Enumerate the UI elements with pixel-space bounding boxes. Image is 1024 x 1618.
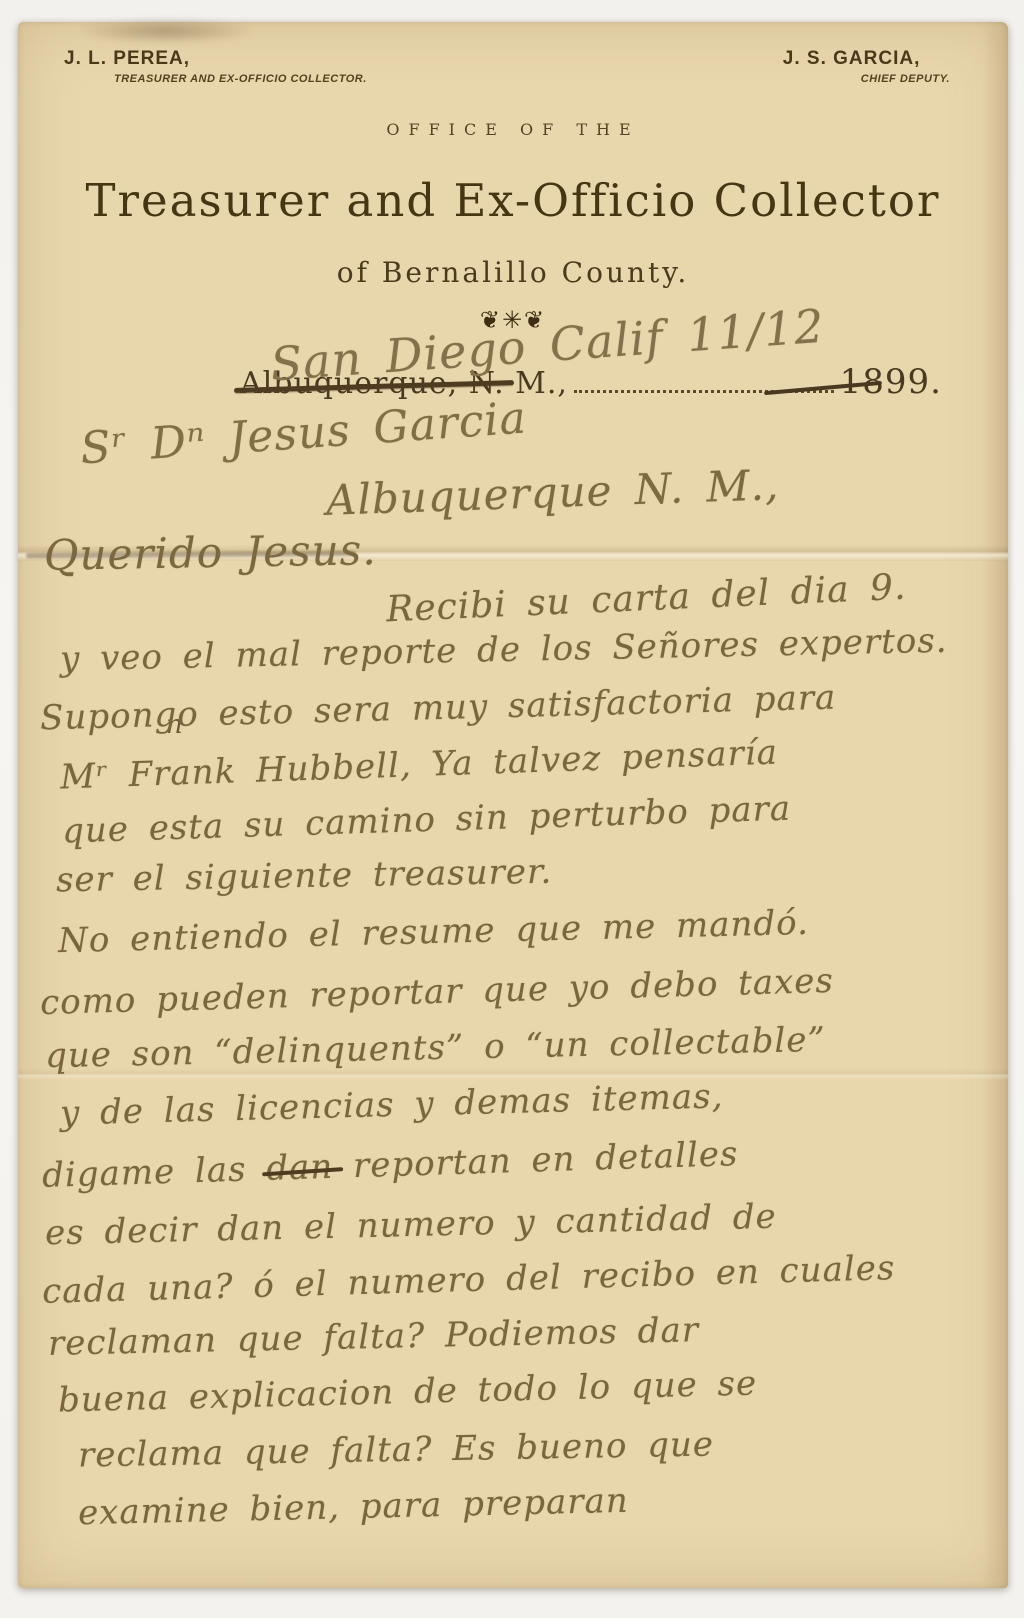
- scanned-letter-page: { "letterhead": { "left_official": { "na…: [0, 0, 1024, 1618]
- body-line: es decir dan el numero y cantidad de: [45, 1197, 777, 1254]
- body-line: cada una? ó el numero del recibo en cual…: [42, 1248, 896, 1312]
- organization-subtitle: of Bernalillo County.: [18, 256, 1008, 289]
- edit-prefix: digame las: [42, 1149, 267, 1196]
- body-line: y de las licencias y demas itemas,: [60, 1076, 724, 1133]
- recipient-address-line: Albuquerque N. M.,: [325, 460, 780, 525]
- edit-suffix: reportan en detalles: [333, 1134, 739, 1187]
- body-line: ser el siguiente treasurer.: [56, 852, 553, 901]
- official-title: TREASURER AND EX-OFFICIO COLLECTOR.: [114, 73, 367, 85]
- body-line: que esta su camino sin perturbo para: [62, 789, 792, 852]
- body-line: Supongo esto sera muy satisfactoria para: [40, 678, 837, 739]
- letterhead-right-official: J. S. GARCIA, CHIEF DEPUTY.: [783, 48, 950, 85]
- official-name: J. S. GARCIA,: [783, 48, 950, 70]
- letter-paper: J. L. PEREA, TREASURER AND EX-OFFICIO CO…: [18, 22, 1008, 1588]
- body-line: examine bien, para preparan: [78, 1481, 630, 1533]
- organization-title: Treasurer and Ex-Officio Collector: [18, 174, 1008, 227]
- official-name: J. L. PEREA,: [64, 48, 367, 70]
- recipient-name-line: Sʳ Dⁿ Jesus Garcia: [79, 392, 528, 474]
- letterhead-left-official: J. L. PEREA, TREASURER AND EX-OFFICIO CO…: [64, 48, 367, 85]
- body-line: y veo el mal reporte de los Señores expe…: [60, 621, 948, 680]
- struck-word: dan: [266, 1147, 334, 1189]
- paper-smudge: [76, 18, 256, 44]
- body-line: buena explicacion de todo lo que se: [58, 1363, 758, 1420]
- printed-year-text: 1899.: [840, 362, 942, 402]
- office-of-the-line: OFFICE OF THE: [18, 120, 1008, 139]
- body-line: No entiendo el resume que me mandó.: [58, 903, 810, 961]
- opening-line: Recibi su carta del dia 9.: [385, 567, 907, 631]
- body-line: reclama que falta? Es bueno que: [78, 1424, 715, 1475]
- official-title: CHIEF DEPUTY.: [861, 73, 950, 85]
- body-line-with-correction: digame las dan reportan en detalles: [42, 1134, 739, 1196]
- body-line: como pueden reportar que yo debo taxes: [40, 961, 835, 1023]
- body-line: Mʳ Frank Hubbell, Ya talvez pensaría: [60, 732, 779, 797]
- salutation-line: Querido Jesus.: [44, 525, 377, 580]
- body-line: reclaman que falta? Podiemos dar: [48, 1310, 700, 1364]
